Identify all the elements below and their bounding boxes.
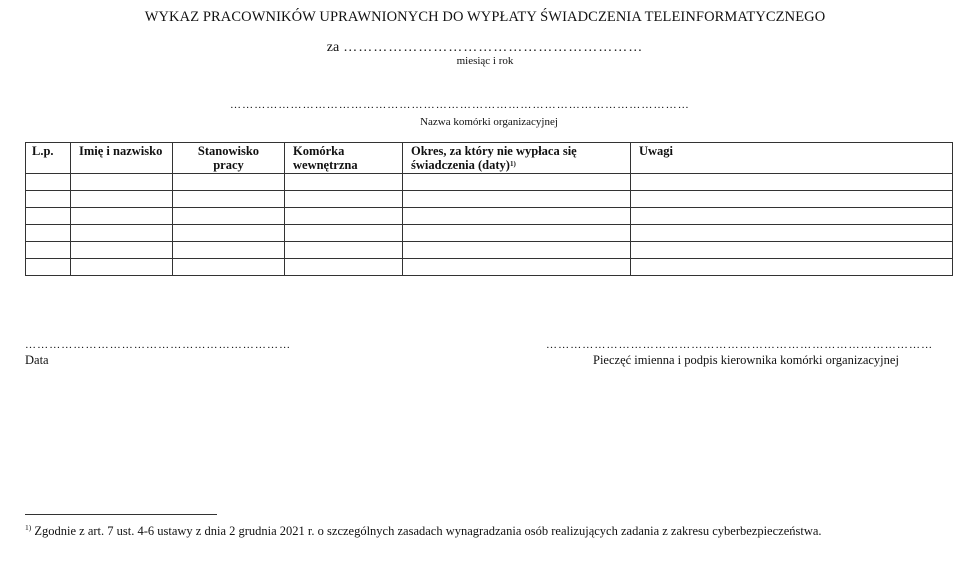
date-fill-field[interactable]: ………………………………………………………… (25, 339, 291, 351)
unit-name-fill-field[interactable]: …………………………………………………………………………………………………… (230, 99, 690, 111)
table-row (26, 208, 953, 225)
footnote-ref: 1) (510, 160, 516, 168)
table-cell[interactable] (173, 174, 285, 191)
table-cell[interactable] (285, 259, 403, 276)
date-label: Data (25, 353, 49, 368)
table-row (26, 225, 953, 242)
footnote: 1) Zgodnie z art. 7 ust. 4-6 ustawy z dn… (25, 524, 822, 539)
header-lp: L.p. (26, 143, 71, 174)
table-cell[interactable] (285, 225, 403, 242)
table-cell[interactable] (631, 191, 953, 208)
table-cell[interactable] (71, 242, 173, 259)
period-prefix: za (327, 40, 339, 55)
table-cell[interactable] (71, 208, 173, 225)
table-cell[interactable] (71, 191, 173, 208)
period-line: za…………………………………………………… (0, 40, 970, 56)
table-cell[interactable] (173, 208, 285, 225)
table-header-row: L.p. Imię i nazwisko Stanowisko pracy Ko… (26, 143, 953, 174)
table-cell[interactable] (26, 191, 71, 208)
table-row (26, 242, 953, 259)
table-cell[interactable] (173, 191, 285, 208)
table-cell[interactable] (631, 242, 953, 259)
footnote-text: Zgodnie z art. 7 ust. 4-6 ustawy z dnia … (34, 524, 821, 538)
table-cell[interactable] (285, 208, 403, 225)
table-cell[interactable] (403, 242, 631, 259)
table-row (26, 259, 953, 276)
header-notes: Uwagi (631, 143, 953, 174)
footnote-marker: 1) (25, 523, 31, 532)
table-cell[interactable] (631, 174, 953, 191)
table-cell[interactable] (26, 259, 71, 276)
table-cell[interactable] (403, 225, 631, 242)
table-cell[interactable] (173, 259, 285, 276)
header-period: Okres, za który nie wypłaca się świadcze… (403, 143, 631, 174)
header-name: Imię i nazwisko (71, 143, 173, 174)
document-title: WYKAZ PRACOWNIKÓW UPRAWNIONYCH DO WYPŁAT… (0, 9, 970, 26)
table-cell[interactable] (26, 208, 71, 225)
table-row (26, 174, 953, 191)
table-cell[interactable] (403, 174, 631, 191)
employee-table: L.p. Imię i nazwisko Stanowisko pracy Ko… (25, 142, 953, 276)
period-fill-field[interactable]: …………………………………………………… (343, 40, 643, 55)
table-cell[interactable] (26, 242, 71, 259)
table-cell[interactable] (26, 225, 71, 242)
table-cell[interactable] (631, 225, 953, 242)
period-caption: miesiąc i rok (0, 55, 970, 67)
table-cell[interactable] (631, 208, 953, 225)
table-cell[interactable] (285, 242, 403, 259)
footnote-divider (25, 514, 217, 515)
table-cell[interactable] (631, 259, 953, 276)
table-cell[interactable] (26, 174, 71, 191)
table-cell[interactable] (173, 242, 285, 259)
table-cell[interactable] (173, 225, 285, 242)
signature-label: Pieczęć imienna i podpis kierownika komó… (593, 353, 899, 368)
table-cell[interactable] (403, 208, 631, 225)
table-cell[interactable] (285, 174, 403, 191)
table-cell[interactable] (403, 191, 631, 208)
header-unit: Komórka wewnętrzna (285, 143, 403, 174)
signature-fill-field[interactable]: …………………………………………………………………………………… (546, 339, 933, 351)
unit-name-caption: Nazwa komórki organizacyjnej (0, 116, 970, 128)
table-cell[interactable] (285, 191, 403, 208)
table-cell[interactable] (71, 174, 173, 191)
table-cell[interactable] (71, 259, 173, 276)
table-cell[interactable] (71, 225, 173, 242)
table-cell[interactable] (403, 259, 631, 276)
header-position: Stanowisko pracy (173, 143, 285, 174)
table-row (26, 191, 953, 208)
